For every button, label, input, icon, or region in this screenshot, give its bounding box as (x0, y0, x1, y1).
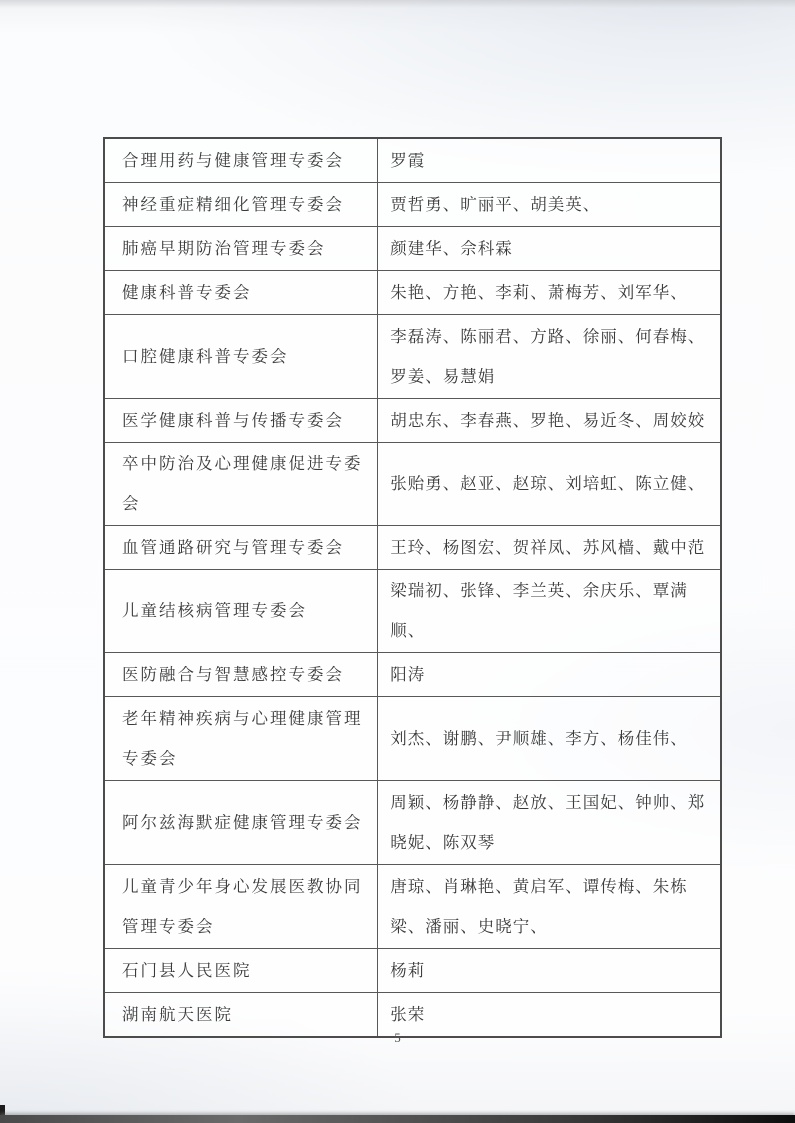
committee-name-cell: 卒中防治及心理健康促进专委会 (105, 443, 378, 525)
member-names-cell: 颜建华、佘科霖 (378, 227, 720, 270)
committee-name-cell: 老年精神疾病与心理健康管理专委会 (105, 697, 378, 780)
scan-bottom-edge-artifact (0, 1115, 795, 1123)
member-names-cell: 朱艳、方艳、李莉、萧梅芳、刘军华、 (378, 271, 720, 314)
committee-name-cell: 合理用药与健康管理专委会 (105, 139, 378, 182)
committee-name-cell: 儿童青少年身心发展医教协同管理专委会 (105, 865, 378, 948)
member-names-cell: 周颖、杨静静、赵放、王国妃、钟帅、郑晓妮、陈双琴 (378, 781, 720, 864)
table-row: 神经重症精细化管理专委会贾哲勇、旷丽平、胡美英、 (105, 182, 720, 226)
table-row: 儿童结核病管理专委会梁瑞初、张锋、李兰英、余庆乐、覃满顺、 (105, 569, 720, 652)
committee-name-cell: 血管通路研究与管理专委会 (105, 526, 378, 569)
table-row: 老年精神疾病与心理健康管理专委会刘杰、谢鹏、尹顺雄、李方、杨佳伟、 (105, 696, 720, 780)
table-row: 血管通路研究与管理专委会王玲、杨图宏、贺祥凤、苏风樯、戴中范 (105, 525, 720, 569)
committee-name-cell: 健康科普专委会 (105, 271, 378, 314)
committee-name-cell: 肺癌早期防治管理专委会 (105, 227, 378, 270)
table-row: 儿童青少年身心发展医教协同管理专委会唐琼、肖琳艳、黄启军、谭传梅、朱栋梁、潘丽、… (105, 864, 720, 948)
member-names-cell: 贾哲勇、旷丽平、胡美英、 (378, 183, 720, 226)
table-row: 医防融合与智慧感控专委会阳涛 (105, 652, 720, 696)
member-names-cell: 罗霞 (378, 139, 720, 182)
table-row: 口腔健康科普专委会李磊涛、陈丽君、方路、徐丽、何春梅、罗姜、易慧娟 (105, 314, 720, 398)
member-names-cell: 杨莉 (378, 949, 720, 992)
table-row: 合理用药与健康管理专委会罗霞 (105, 139, 720, 182)
table-row: 阿尔兹海默症健康管理专委会周颖、杨静静、赵放、王国妃、钟帅、郑晓妮、陈双琴 (105, 780, 720, 864)
committee-name-cell: 神经重症精细化管理专委会 (105, 183, 378, 226)
table-row: 石门县人民医院杨莉 (105, 948, 720, 992)
member-names-cell: 梁瑞初、张锋、李兰英、余庆乐、覃满顺、 (378, 570, 720, 652)
scan-top-edge-artifact (0, 0, 795, 8)
committee-name-cell: 儿童结核病管理专委会 (105, 570, 378, 652)
committee-name-cell: 医学健康科普与传播专委会 (105, 399, 378, 442)
table-row: 健康科普专委会朱艳、方艳、李莉、萧梅芳、刘军华、 (105, 270, 720, 314)
member-names-cell: 王玲、杨图宏、贺祥凤、苏风樯、戴中范 (378, 526, 720, 569)
committee-name-cell: 石门县人民医院 (105, 949, 378, 992)
table-row: 卒中防治及心理健康促进专委会张贻勇、赵亚、赵琼、刘培虹、陈立健、 (105, 442, 720, 525)
committee-members-table: 合理用药与健康管理专委会罗霞神经重症精细化管理专委会贾哲勇、旷丽平、胡美英、肺癌… (103, 137, 722, 1038)
table-row: 肺癌早期防治管理专委会颜建华、佘科霖 (105, 226, 720, 270)
member-names-cell: 唐琼、肖琳艳、黄启军、谭传梅、朱栋梁、潘丽、史晓宁、 (378, 865, 720, 948)
page-number: 5 (0, 1030, 795, 1046)
committee-name-cell: 阿尔兹海默症健康管理专委会 (105, 781, 378, 864)
member-names-cell: 李磊涛、陈丽君、方路、徐丽、何春梅、罗姜、易慧娟 (378, 315, 720, 398)
committee-name-cell: 医防融合与智慧感控专委会 (105, 653, 378, 696)
table-row: 医学健康科普与传播专委会胡忠东、李春燕、罗艳、易近冬、周姣姣 (105, 398, 720, 442)
member-names-cell: 胡忠东、李春燕、罗艳、易近冬、周姣姣 (378, 399, 720, 442)
committee-name-cell: 口腔健康科普专委会 (105, 315, 378, 398)
member-names-cell: 刘杰、谢鹏、尹顺雄、李方、杨佳伟、 (378, 697, 720, 780)
member-names-cell: 阳涛 (378, 653, 720, 696)
member-names-cell: 张贻勇、赵亚、赵琼、刘培虹、陈立健、 (378, 443, 720, 525)
scanned-document-page: 合理用药与健康管理专委会罗霞神经重症精细化管理专委会贾哲勇、旷丽平、胡美英、肺癌… (0, 0, 795, 1123)
